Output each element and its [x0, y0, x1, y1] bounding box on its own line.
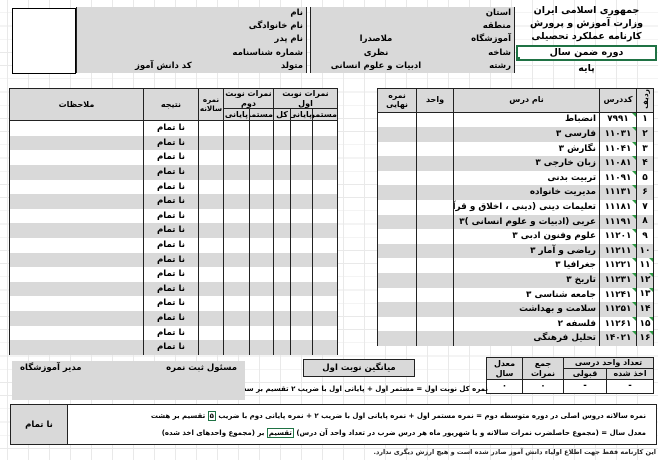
remarks-cell[interactable] [9, 253, 143, 268]
country-title: جمهوری اسلامی ایران [516, 4, 657, 17]
province-label: استان [441, 7, 514, 20]
remarks-cell[interactable] [9, 326, 143, 341]
term1-continuous-cell[interactable] [313, 136, 338, 151]
term1-total-cell[interactable] [273, 180, 290, 195]
final-grade-cell[interactable] [378, 331, 417, 346]
annual-grade-cell[interactable] [198, 165, 223, 180]
unit-cell[interactable] [417, 171, 454, 186]
unit-cell[interactable] [417, 302, 454, 317]
result-cell: نا تمام [143, 340, 198, 355]
term1-total-cell[interactable] [273, 253, 290, 268]
remarks-cell[interactable] [9, 194, 143, 209]
course-table-row: ۷ ۱۱۱۸۱ تعلیمات دینی (دینی ، اخلاق و قرآ… [378, 200, 654, 215]
units-taken-header: اخذ شده [607, 369, 654, 380]
term2-final-cell[interactable] [223, 194, 249, 209]
term1-continuous-cell[interactable] [313, 194, 338, 209]
remarks-cell[interactable] [9, 223, 143, 238]
term1-total-cell[interactable] [273, 223, 290, 238]
row-number-cell: ۱۵ [637, 317, 654, 332]
units-passed-header: قبولی [564, 369, 607, 380]
period-label: دوره ضمن سال [550, 47, 624, 58]
term1-final-cell[interactable] [291, 121, 313, 136]
course-code-cell: ۱۱۲۱۱ [600, 244, 637, 259]
province-value[interactable] [311, 7, 441, 20]
term2-continuous-cell[interactable] [249, 209, 273, 224]
scores-table-row: نا تمام [9, 136, 337, 151]
final-grade-cell[interactable] [378, 156, 417, 171]
term1-total-cell[interactable] [273, 165, 290, 180]
remarks-cell[interactable] [9, 165, 143, 180]
term2-continuous-cell[interactable] [249, 340, 273, 355]
final-grade-cell[interactable] [378, 171, 417, 186]
course-name-cell: عربی (ادبیات و علوم انسانی )۳ [454, 215, 600, 230]
unit-cell[interactable] [417, 112, 454, 127]
course-table-row: ۶ ۱۱۱۳۱ مدیریت خانواده [378, 185, 654, 200]
term1-final-cell[interactable] [291, 136, 313, 151]
term1-continuous-cell[interactable] [313, 253, 338, 268]
term2-final-cell[interactable] [223, 121, 249, 136]
course-name-cell: تحلیل فرهنگی [454, 331, 600, 346]
scores-table: نمرات نوبت اول نمرات نوبت دوم نمره سالان… [9, 88, 338, 355]
term1-continuous-cell[interactable] [313, 282, 338, 297]
term2-continuous-cell[interactable] [249, 223, 273, 238]
scores-table-row: نا تمام [9, 326, 337, 341]
comment-indicator-icon [632, 258, 636, 262]
unit-cell[interactable] [417, 142, 454, 157]
comment-indicator-icon [632, 288, 636, 292]
remarks-cell[interactable] [9, 340, 143, 355]
term2-continuous-cell[interactable] [249, 238, 273, 253]
remarks-cell[interactable] [9, 121, 143, 136]
final-grade-header: نمره نهایی [378, 89, 417, 113]
first-name-label: نام [213, 7, 306, 20]
course-name-cell: زبان خارجی ۳ [454, 156, 600, 171]
course-code-cell: ۱۱۲۳۱ [600, 273, 637, 288]
term2-final-cell[interactable] [223, 326, 249, 341]
scores-table-row: نا تمام [9, 253, 337, 268]
annual-grade-formula-note: نمره سالانه دروس اصلی در دوره متوسطه دوم… [72, 408, 646, 425]
term2-group-header: نمرات نوبت دوم [223, 89, 273, 109]
course-name-cell: جغرافیا ۳ [454, 258, 600, 273]
final-grade-cell[interactable] [378, 185, 417, 200]
comment-indicator-icon [649, 317, 653, 321]
radif-header: ردیف [637, 89, 654, 113]
term2-continuous-cell[interactable] [249, 180, 273, 195]
comment-indicator-icon [632, 127, 636, 131]
course-table-row: ۵ ۱۱۰۹۱ تربیت بدنی [378, 171, 654, 186]
unit-cell[interactable] [417, 127, 454, 142]
remarks-cell[interactable] [9, 150, 143, 165]
remarks-cell[interactable] [9, 180, 143, 195]
term2-final-cell[interactable] [223, 238, 249, 253]
comment-indicator-icon [632, 273, 636, 277]
result-cell: نا تمام [143, 209, 198, 224]
course-name-cell: جامعه شناسی ۳ [454, 288, 600, 303]
term1-continuous-cell[interactable] [313, 165, 338, 180]
scores-table-row: نا تمام [9, 209, 337, 224]
photo-box [12, 8, 76, 74]
term2-continuous-cell[interactable] [249, 194, 273, 209]
remarks-header: ملاحظات [9, 89, 143, 121]
result-cell: نا تمام [143, 267, 198, 282]
course-code-cell: ۱۱۲۴۱ [600, 288, 637, 303]
scores-table-body: نا تمام نا تمام نا تمام نا تمام [9, 121, 337, 355]
unit-cell[interactable] [417, 229, 454, 244]
course-table-row: ۱ ۷۹۹۱ انضباط [378, 112, 654, 127]
row-number-cell: ۸ [637, 215, 654, 230]
unit-cell[interactable] [417, 288, 454, 303]
final-grade-cell[interactable] [378, 317, 417, 332]
remarks-cell[interactable] [9, 209, 143, 224]
term2-final-cell[interactable] [223, 282, 249, 297]
term1-total-cell[interactable] [273, 238, 290, 253]
row-number-cell: ۱۳ [637, 288, 654, 303]
comment-indicator-icon [632, 215, 636, 219]
last-name-label: نام خانوادگی [213, 20, 306, 33]
school-label: آموزشگاه [441, 33, 514, 46]
course-name-cell: فارسی ۳ [454, 127, 600, 142]
term1-final-cell[interactable] [291, 223, 313, 238]
final-grade-cell[interactable] [378, 258, 417, 273]
course-code-cell: ۱۱۰۹۱ [600, 171, 637, 186]
term2-final-cell[interactable] [223, 165, 249, 180]
term1-total-cell[interactable] [273, 340, 290, 355]
comment-indicator-icon [632, 244, 636, 248]
highlighted-cell[interactable]: تقسیم [267, 428, 294, 438]
term2-final-cell[interactable] [223, 267, 249, 282]
term2-final-cell[interactable] [223, 311, 249, 326]
row-number-cell: ۱۶ [637, 331, 654, 346]
term2-continuous-cell[interactable] [249, 282, 273, 297]
national-header: جمهوری اسلامی ایران وزارت آموزش و پرورش … [516, 4, 657, 75]
course-table-row: ۱۴ ۱۱۲۵۱ سلامت و بهداشت [378, 302, 654, 317]
term2-continuous-cell[interactable] [249, 150, 273, 165]
term1-continuous-cell[interactable] [313, 223, 338, 238]
name-header: نام درس [454, 89, 600, 113]
result-cell: نا تمام [143, 121, 198, 136]
term2-continuous-cell[interactable] [249, 253, 273, 268]
course-name-cell: ریاضی و آمار ۳ [454, 244, 600, 259]
final-grade-cell[interactable] [378, 215, 417, 230]
term1-total-header: کل [273, 109, 290, 121]
grade-label: پایه [516, 62, 657, 75]
annual-grade-cell[interactable] [198, 326, 223, 341]
result-cell: نا تمام [143, 150, 198, 165]
branch-value[interactable]: نظری [311, 47, 441, 60]
scores-table-row: نا تمام [9, 194, 337, 209]
result-cell: نا تمام [143, 194, 198, 209]
comment-indicator-icon [649, 288, 653, 292]
annual-grade-cell[interactable] [198, 282, 223, 297]
row-number-cell: ۶ [637, 185, 654, 200]
term2-final-cell[interactable] [223, 209, 249, 224]
final-grade-cell[interactable] [378, 142, 417, 157]
scores-table-row: نا تمام [9, 311, 337, 326]
term1-final-cell[interactable] [291, 340, 313, 355]
notes-text: نمره سالانه دروس اصلی در دوره متوسطه دوم… [68, 405, 656, 444]
final-grade-cell[interactable] [378, 288, 417, 303]
course-code-cell: ۱۱۰۴۱ [600, 142, 637, 157]
district-value[interactable] [311, 20, 441, 33]
term1-final-cell[interactable] [291, 326, 313, 341]
term1-continuous-cell[interactable] [313, 326, 338, 341]
scores-table-row: نا تمام [9, 223, 337, 238]
term1-continuous-cell[interactable] [313, 209, 338, 224]
row-number-cell: ۵ [637, 171, 654, 186]
unit-header: واحد [417, 89, 454, 113]
term1-continuous-cell[interactable] [313, 121, 338, 136]
term2-final-cell[interactable] [223, 296, 249, 311]
term1-continuous-cell[interactable] [313, 296, 338, 311]
row-number-cell: ۱۴ [637, 302, 654, 317]
course-table-row: ۱۱ ۱۱۲۲۱ جغرافیا ۳ [378, 258, 654, 273]
term1-total-cell[interactable] [273, 150, 290, 165]
principal-label: مدیر آموزشگاه [20, 363, 82, 373]
term1-total-cell[interactable] [273, 209, 290, 224]
units-passed-value[interactable]: - [564, 380, 607, 394]
term1-continuous-cell[interactable] [313, 150, 338, 165]
annual-grade-cell[interactable] [198, 121, 223, 136]
comment-indicator-icon [632, 156, 636, 160]
district-label: منطقه [441, 20, 514, 33]
remarks-cell[interactable] [9, 238, 143, 253]
term2-continuous-cell[interactable] [249, 296, 273, 311]
annual-grade-cell[interactable] [198, 180, 223, 195]
notes-box: نمره سالانه دروس اصلی در دوره متوسطه دوم… [10, 404, 657, 445]
course-name-cell: تعلیمات دینی (دینی ، اخلاق و قرآن ) [454, 200, 600, 215]
final-grade-cell[interactable] [378, 244, 417, 259]
course-table-row: ۴ ۱۱۰۸۱ زبان خارجی ۳ [378, 156, 654, 171]
scores-table-row: نا تمام [9, 150, 337, 165]
annual-grade-cell[interactable] [198, 296, 223, 311]
term1-continuous-cell[interactable] [313, 238, 338, 253]
remarks-cell[interactable] [9, 267, 143, 282]
course-table-row: ۲ ۱۱۰۳۱ فارسی ۳ [378, 127, 654, 142]
term2-continuous-cell[interactable] [249, 326, 273, 341]
father-name-value[interactable] [77, 33, 213, 46]
incomplete-status-box: نا تمام [11, 405, 68, 444]
id-number-value[interactable] [77, 47, 213, 60]
course-code-cell: ۱۱۰۳۱ [600, 127, 637, 142]
term1-final-cell[interactable] [291, 209, 313, 224]
comment-indicator-icon [632, 302, 636, 306]
student-info-box: نام نام خانوادگی نام پدر شماره شناسنامه … [76, 7, 307, 73]
scores-table-row: نا تمام [9, 267, 337, 282]
term1-continuous-cell[interactable] [313, 340, 338, 355]
final-grade-cell[interactable] [378, 273, 417, 288]
officials-box: مسئول ثبت نمره مدیر آموزشگاه [12, 361, 245, 400]
final-grade-cell[interactable] [378, 229, 417, 244]
comment-indicator-icon [649, 331, 653, 335]
term2-final-cell[interactable] [223, 136, 249, 151]
selection-handle-icon[interactable] [516, 57, 520, 61]
course-table-body: ۱ ۷۹۹۱ انضباط ۲ ۱۱۰۳۱ فارسی ۳ ۳ ۱۱۰۴۱ نگ… [378, 112, 654, 346]
scores-table-row: نا تمام [9, 165, 337, 180]
term2-final-cell[interactable] [223, 223, 249, 238]
course-table-row: ۱۳ ۱۱۲۴۱ جامعه شناسی ۳ [378, 288, 654, 303]
term2-continuous-cell[interactable] [249, 267, 273, 282]
comment-indicator-icon [649, 273, 653, 277]
remarks-cell[interactable] [9, 311, 143, 326]
term1-total-cell[interactable] [273, 282, 290, 297]
course-name-cell: انضباط [454, 112, 600, 127]
term1-total-cell[interactable] [273, 121, 290, 136]
term1-final-cell[interactable] [291, 296, 313, 311]
result-cell: نا تمام [143, 238, 198, 253]
annual-grade-cell[interactable] [198, 311, 223, 326]
result-cell: نا تمام [143, 180, 198, 195]
course-name-cell: سلامت و بهداشت [454, 302, 600, 317]
course-table-row: ۱۲ ۱۱۲۳۱ تاریخ ۳ [378, 273, 654, 288]
term1-group-header: نمرات نوبت اول [273, 89, 337, 109]
course-code-cell: ۱۱۱۹۱ [600, 215, 637, 230]
course-code-cell: ۷۹۹۱ [600, 112, 637, 127]
term1-continuous-header: مستمر [313, 109, 338, 121]
id-number-label: شماره شناسنامه [213, 47, 306, 60]
units-summary-table: تعداد واحد درسی جمع نمرات معدل سال اخذ ش… [486, 357, 654, 394]
unit-cell[interactable] [417, 215, 454, 230]
report-title: کارنامه عملکرد تحصیلی [516, 30, 657, 43]
term1-total-cell[interactable] [273, 326, 290, 341]
term1-total-cell[interactable] [273, 311, 290, 326]
result-header: نتیجه [143, 89, 198, 121]
term1-final-cell[interactable] [291, 180, 313, 195]
term1-final-cell[interactable] [291, 311, 313, 326]
row-number-cell: ۹ [637, 229, 654, 244]
comment-indicator-icon [632, 113, 636, 117]
row-number-cell: ۲ [637, 127, 654, 142]
remarks-cell[interactable] [9, 136, 143, 151]
term2-final-header: پایانی [223, 109, 249, 121]
term1-final-cell[interactable] [291, 282, 313, 297]
term2-final-cell[interactable] [223, 180, 249, 195]
student-code-label: کد دانش آموز [135, 60, 192, 73]
row-number-cell: ۳ [637, 142, 654, 157]
gpa-formula-note: معدل سال = (مجموع حاصلضرب نمرات سالانه و… [72, 425, 646, 442]
term1-continuous-cell[interactable] [313, 180, 338, 195]
course-name-cell: فلسفه ۲ [454, 317, 600, 332]
term1-continuous-cell[interactable] [313, 311, 338, 326]
unit-cell[interactable] [417, 244, 454, 259]
sum-grades-header: جمع نمرات [523, 358, 564, 380]
unit-cell[interactable] [417, 156, 454, 171]
last-name-value[interactable] [77, 20, 213, 33]
term1-final-cell[interactable] [291, 194, 313, 209]
result-cell: نا تمام [143, 253, 198, 268]
row-number-cell: ۷ [637, 200, 654, 215]
term1-final-cell[interactable] [291, 253, 313, 268]
row-number-cell: ۴ [637, 156, 654, 171]
comment-indicator-icon [632, 185, 636, 189]
disclaimer-note: این کارنامه فقط جهت اطلاع اولیاء دانش آم… [176, 448, 656, 456]
term1-total-cell[interactable] [273, 194, 290, 209]
gpa-value[interactable]: ۰ [487, 380, 523, 394]
unit-cell[interactable] [417, 331, 454, 346]
term1-continuous-cell[interactable] [313, 267, 338, 282]
sum-grades-value[interactable]: ۰ [523, 380, 564, 394]
term1-final-cell[interactable] [291, 150, 313, 165]
ministry-title: وزارت آموزش و پرورش [516, 17, 657, 30]
course-code-cell: ۱۱۰۸۱ [600, 156, 637, 171]
school-value[interactable]: ملاصدرا [311, 33, 441, 46]
term1-total-cell[interactable] [273, 296, 290, 311]
unit-cell[interactable] [417, 317, 454, 332]
term2-final-cell[interactable] [223, 253, 249, 268]
scores-table-row: نا تمام [9, 121, 337, 136]
course-code-cell: ۱۱۲۵۱ [600, 302, 637, 317]
code-header: کددرس [600, 89, 637, 113]
term2-final-cell[interactable] [223, 340, 249, 355]
remarks-cell[interactable] [9, 282, 143, 297]
term2-final-cell[interactable] [223, 150, 249, 165]
term1-final-cell[interactable] [291, 238, 313, 253]
unit-cell[interactable] [417, 258, 454, 273]
remarks-cell[interactable] [9, 296, 143, 311]
result-cell: نا تمام [143, 136, 198, 151]
row-number-cell: ۱۱ [637, 258, 654, 273]
unit-cell[interactable] [417, 273, 454, 288]
result-cell: نا تمام [143, 311, 198, 326]
result-cell: نا تمام [143, 296, 198, 311]
term1-final-cell[interactable] [291, 165, 313, 180]
annual-grade-cell[interactable] [198, 209, 223, 224]
course-name-cell: علوم وفنون ادبی ۳ [454, 229, 600, 244]
course-table-row: ۱۵ ۱۱۲۶۱ فلسفه ۲ [378, 317, 654, 332]
course-table-row: ۱۰ ۱۱۲۱۱ ریاضی و آمار ۳ [378, 244, 654, 259]
annual-grade-cell[interactable] [198, 253, 223, 268]
field-value[interactable]: ادبیات و علوم انسانی [311, 60, 441, 73]
unit-cell[interactable] [417, 185, 454, 200]
annual-grade-cell[interactable] [198, 340, 223, 355]
final-grade-cell[interactable] [378, 112, 417, 127]
term2-continuous-cell[interactable] [249, 136, 273, 151]
units-header: تعداد واحد درسی [564, 358, 654, 369]
course-table-row: ۱۶ ۱۴۰۲۱ تحلیل فرهنگی [378, 331, 654, 346]
result-cell: نا تمام [143, 282, 198, 297]
annual-grade-cell[interactable] [198, 267, 223, 282]
comment-indicator-icon [632, 142, 636, 146]
term1-total-cell[interactable] [273, 136, 290, 151]
annual-grade-cell[interactable] [198, 150, 223, 165]
report-card-page: جمهوری اسلامی ایران وزارت آموزش و پرورش … [0, 0, 658, 460]
course-name-cell: تاریخ ۳ [454, 273, 600, 288]
final-grade-cell[interactable] [378, 127, 417, 142]
highlighted-cell[interactable]: ۵ [208, 411, 216, 421]
annual-grade-cell[interactable] [198, 223, 223, 238]
annual-grade-cell[interactable] [198, 238, 223, 253]
course-name-cell: مدیریت خانواده [454, 185, 600, 200]
annual-grade-cell[interactable] [198, 136, 223, 151]
term2-continuous-cell[interactable] [249, 165, 273, 180]
units-taken-value[interactable]: - [607, 380, 654, 394]
birth-label: متولد [213, 60, 306, 73]
term1-average-box: میانگین نوبت اول [303, 359, 415, 377]
term1-total-cell[interactable] [273, 267, 290, 282]
term1-final-cell[interactable] [291, 267, 313, 282]
selected-period-cell[interactable]: دوره ضمن سال [516, 45, 657, 61]
unit-cell[interactable] [417, 200, 454, 215]
term2-continuous-cell[interactable] [249, 121, 273, 136]
course-code-cell: ۱۱۱۳۱ [600, 185, 637, 200]
final-grade-cell[interactable] [378, 200, 417, 215]
first-name-value[interactable] [77, 7, 213, 20]
annual-grade-cell[interactable] [198, 194, 223, 209]
annual-grade-header: نمره سالانه [198, 89, 223, 121]
final-grade-cell[interactable] [378, 302, 417, 317]
term2-continuous-cell[interactable] [249, 311, 273, 326]
comment-indicator-icon [632, 331, 636, 335]
scores-table-row: نا تمام [9, 180, 337, 195]
